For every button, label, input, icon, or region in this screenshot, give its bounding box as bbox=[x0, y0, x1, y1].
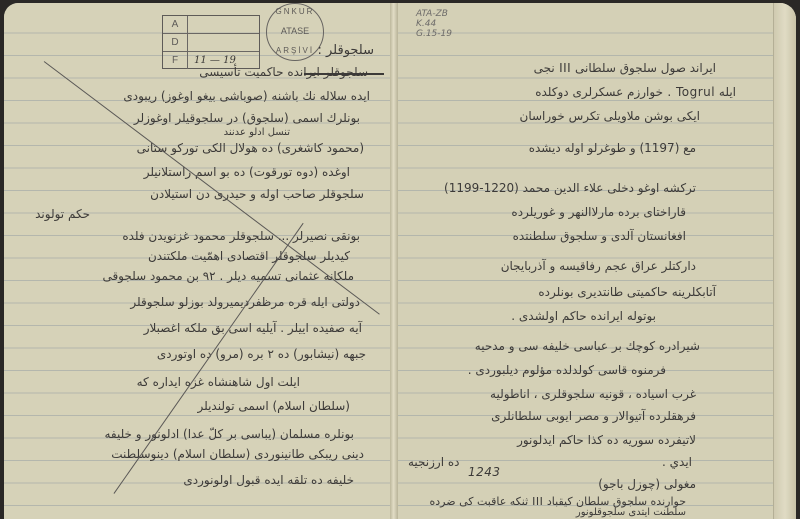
handwritten-line: بونقى نصيرلر ... سلجوقلر محمود غزنويدن ف… bbox=[122, 229, 360, 243]
handwritten-line: بوتوله ايرانده حاكم اولشدى . bbox=[511, 309, 656, 323]
handwritten-line: بونلره مسلمان (يباسى بر كلّ عدا) ادلونور… bbox=[104, 427, 354, 441]
handwritten-line: ايلت اول شاهنشاه غزه ايداره كه bbox=[137, 375, 300, 389]
handwritten-line: ايله Togrul . خوارزم عسكرلرى دوكلده bbox=[535, 85, 736, 99]
archive-stamp-box: A D F 11 — 19 bbox=[162, 15, 260, 69]
handwritten-line: افغانستان آلدى و سلجوق سلطنتده bbox=[513, 229, 686, 243]
stamp-row-a: A bbox=[163, 16, 259, 34]
stamp-middle-text: ATASE bbox=[267, 26, 323, 36]
handwritten-line: تنسل ادلو عدنند bbox=[224, 127, 290, 138]
handwritten-line: ايراند صول سلجوق سلطانی III نجی bbox=[534, 61, 716, 75]
handwritten-line: آتابكلرينه حاكميتی طانتديرى بونلرده bbox=[538, 285, 716, 299]
handwritten-line: خليفه ده تلقه ايده قبول اولونوردى bbox=[183, 473, 354, 487]
stamp-row-d: D bbox=[163, 34, 259, 52]
year-note: 1243 bbox=[468, 465, 501, 479]
handwritten-line: آيه صفيده اييلر . آيليه اسى بق ملكه اغصب… bbox=[144, 321, 362, 335]
stamp-row-label: D bbox=[163, 34, 188, 51]
page-edges bbox=[773, 3, 796, 519]
handwritten-line: قاراختای برده مارلاالنهر و غوريلرده bbox=[511, 205, 686, 219]
handwritten-line: ملكانه عثمانی تسميه ديلر . ٩٢ بن محمود س… bbox=[102, 269, 354, 283]
stamp-bottom-text: ARŞİVİ bbox=[267, 46, 323, 55]
handwritten-line: تركشه اوغو دخلى علاء الدين محمد (1220-11… bbox=[444, 181, 696, 195]
handwritten-line: سلطنت ايتدی سلجوقلونور bbox=[576, 507, 686, 518]
notebook-gutter bbox=[390, 3, 398, 519]
stamp-top-text: GNKUR bbox=[267, 7, 323, 16]
ref-line: ATA-ZB bbox=[416, 9, 452, 19]
handwritten-line: بونلرك اسمی (سلجوق) در سلجوقيلر اوغوزلر bbox=[134, 111, 360, 125]
handwritten-line: ايده سلاله نك باشنه (صوباشی بیغو اوغوز) … bbox=[123, 89, 370, 103]
stamp-row-value bbox=[188, 16, 259, 33]
handwritten-line: مع (1197) و طوغرلو اوله دیشده bbox=[529, 141, 696, 155]
handwritten-line: مغولی (چوزل باجو) bbox=[598, 477, 696, 491]
handwritten-line: حكم تولوند bbox=[35, 207, 90, 221]
archive-round-stamp: GNKUR ATASE ARŞİVİ bbox=[266, 3, 324, 61]
handwritten-line: ايكی بوشن ملاويلى تكرس خوراسان bbox=[520, 109, 701, 123]
left-page-heading: سلجوقلر : bbox=[317, 43, 374, 58]
pencil-archive-reference: ATA-ZB K.44 G.15-19 bbox=[416, 9, 452, 39]
stamp-row-label: F bbox=[163, 52, 188, 69]
handwritten-line: سلجوقلر ايرانده حاكميت تأسيسی bbox=[199, 65, 368, 79]
handwritten-line: ده ارزنجيه bbox=[408, 455, 460, 469]
left-page: A D F 11 — 19 GNKUR ATASE ARŞİVİ سلجوقلر… bbox=[4, 3, 390, 519]
handwritten-line: فرمنوه قاسى كولدلده مؤلوم ديلبوردى . bbox=[468, 363, 666, 377]
handwritten-line: فرهقلرده آتيوالار و مصر ايوبی سلطانلرى bbox=[491, 409, 696, 423]
handwritten-line: سلجوقلر صاحب اوله و حيدرى دن استيلادن bbox=[150, 187, 364, 201]
stamp-row-value bbox=[188, 34, 259, 51]
handwritten-line: لاتيفرده سوريه ده كذا حاكم ايدلونور bbox=[517, 433, 696, 447]
handwritten-line: داركتلر عراق عجم رفاقیسه و آذربایجان bbox=[501, 259, 696, 273]
right-page: ATA-ZB K.44 G.15-19 ايراند صول سلجوق سلط… bbox=[398, 3, 796, 519]
notebook-spread: A D F 11 — 19 GNKUR ATASE ARŞİVİ سلجوقلر… bbox=[4, 3, 796, 519]
handwritten-line: ايدي . bbox=[662, 455, 692, 469]
handwritten-line: اوغده (دوه تورقوت) ده بو اسم راستلانيلر bbox=[144, 165, 350, 179]
handwritten-line: جبهه (نيشابور) ده ٢ بره (مرو) ده اوتوردی bbox=[157, 347, 366, 361]
handwritten-line: شيرادره كوچك بر عباسى خليفه سى و مدحيه bbox=[475, 339, 700, 353]
ref-line: K.44 bbox=[416, 19, 452, 29]
handwritten-line: دينی ريبكی طانينوردی (سلطان اسلام) دينوس… bbox=[111, 447, 364, 461]
handwritten-line: غرب اسياده ، قونيه سلجوقلرى ، اناطوليه bbox=[490, 387, 696, 401]
handwritten-line: كيديلر سلجوقلر اقتصادى اهمّيت ملكتندن bbox=[148, 249, 350, 263]
stamp-row-label: A bbox=[163, 16, 188, 33]
handwritten-line: (سلطان اسلام) اسمی تولنديلر bbox=[197, 399, 350, 413]
ref-line: G.15-19 bbox=[416, 29, 452, 39]
handwritten-line: (محمود كاشغرى) ده هولال الكی توركو ستانى bbox=[137, 141, 364, 155]
